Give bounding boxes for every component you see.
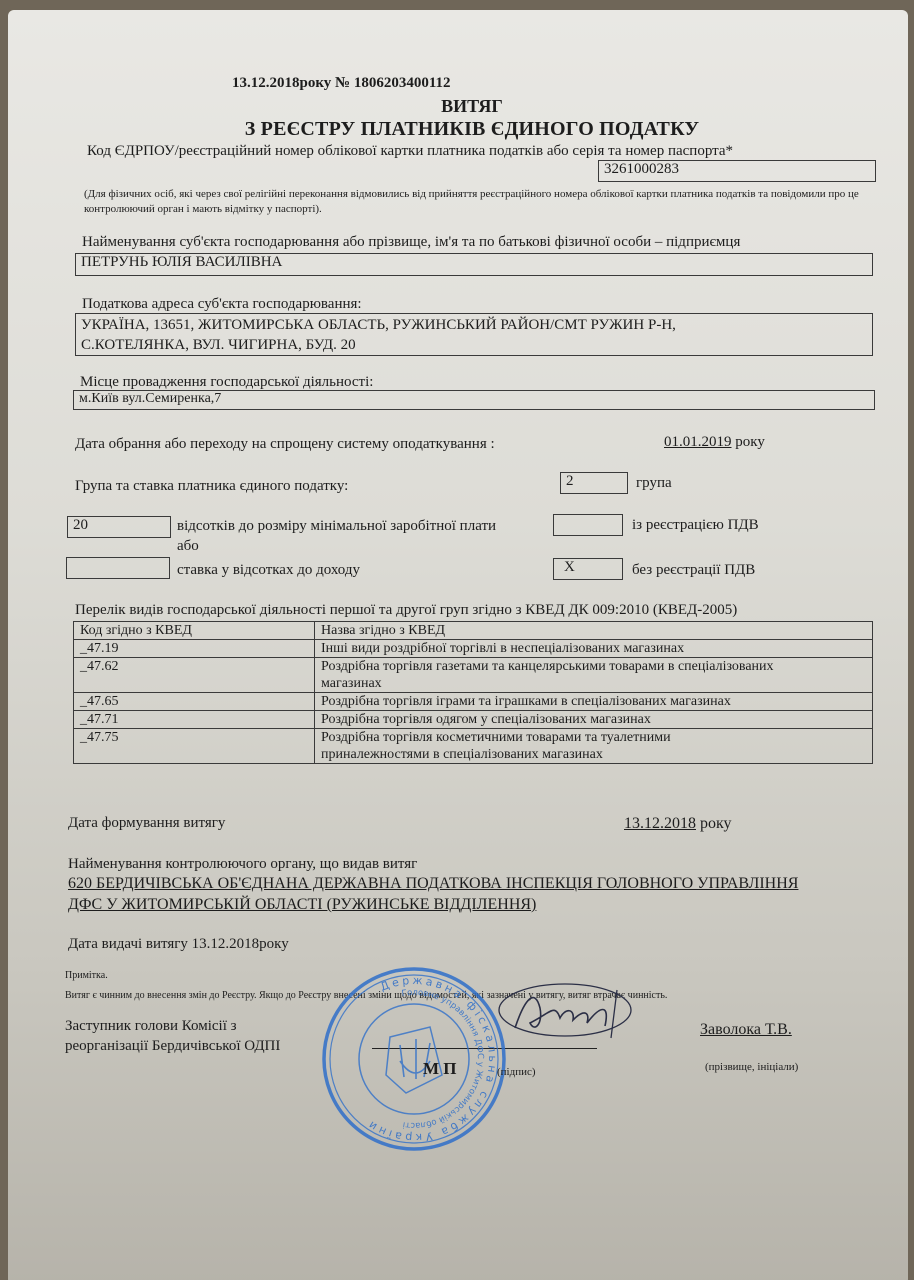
kved-row: _47.65 Роздрібна торгівля іграми та ігра…: [74, 693, 873, 711]
min-wage-rate-label: відсотків до розміру мінімальної заробіт…: [177, 518, 496, 535]
formation-date-label: Дата формування витягу: [68, 815, 225, 832]
tax-address-line2: С.КОТЕЛЯНКА, ВУЛ. ЧИГИРНА, БУД. 20: [81, 335, 872, 355]
kved-name: Роздрібна торгівля косметичними товарами…: [315, 729, 873, 764]
document-number: 13.12.2018року № 1806203400112: [232, 75, 451, 92]
note-title: Примітка.: [65, 970, 108, 981]
kved-header-name: Назва згідно з КВЕД: [315, 622, 873, 640]
signer-name-caption: (прізвище, ініціали): [705, 1061, 798, 1073]
kved-header-code: Код згідно з КВЕД: [74, 622, 315, 640]
kved-row: _47.62 Роздрібна торгівля газетами та ка…: [74, 658, 873, 693]
authority-line2: ДФС У ЖИТОМИРСЬКІЙ ОБЛАСТІ (РУЖИНСЬКЕ ВІ…: [68, 896, 536, 914]
kved-row: _47.19 Інші види роздрібної торгівлі в н…: [74, 640, 873, 658]
document-subtitle: З РЕЄСТРУ ПЛАТНИКІВ ЄДИНОГО ПОДАТКУ: [0, 118, 914, 141]
or-label: або: [177, 538, 199, 555]
signature-caption: (підпис): [497, 1066, 536, 1078]
group-field: 2: [560, 472, 628, 494]
vat-with-field: [553, 514, 623, 536]
kved-row: _47.71 Роздрібна торгівля одягом у спеці…: [74, 711, 873, 729]
min-wage-rate-field: 20: [67, 516, 171, 538]
income-rate-field: [66, 557, 170, 579]
signer-name: Заволока Т.В.: [700, 1021, 792, 1039]
entity-name-field: ПЕТРУНЬ ЮЛІЯ ВАСИЛІВНА: [75, 253, 873, 276]
kved-name: Роздрібна торгівля одягом у спеціалізова…: [315, 711, 873, 729]
kved-code: _47.75: [74, 729, 315, 764]
group-label: Група та ставка платника єдиного податку…: [75, 478, 348, 495]
tax-address-field: УКРАЇНА, 13651, ЖИТОМИРСЬКА ОБЛАСТЬ, РУЖ…: [75, 313, 873, 356]
simplified-date-suffix: року: [735, 434, 765, 450]
signer-position-line2: реорганізації Бердичівської ОДПІ: [65, 1038, 280, 1055]
simplified-date: 01.01.2019 року: [664, 434, 765, 451]
edrpou-field: 3261000283: [598, 160, 876, 182]
kved-row: _47.75 Роздрібна торгівля косметичними т…: [74, 729, 873, 764]
kved-header-row: Код згідно з КВЕД Назва згідно з КВЕД: [74, 622, 873, 640]
activity-place-field: м.Київ вул.Семиренка,7: [73, 390, 875, 410]
kved-name: Роздрібна торгівля газетами та канцелярс…: [315, 658, 873, 693]
kved-table: Код згідно з КВЕД Назва згідно з КВЕД _4…: [73, 621, 873, 764]
kved-name: Роздрібна торгівля іграми та іграшками в…: [315, 693, 873, 711]
signer-position-line1: Заступник голови Комісії з: [65, 1018, 237, 1035]
official-stamp-icon: Державна фіскальна служба України Головн…: [320, 965, 508, 1153]
tax-address-line1: УКРАЇНА, 13651, ЖИТОМИРСЬКА ОБЛАСТЬ, РУЖ…: [81, 315, 872, 335]
income-rate-label: ставка у відсотках до доходу: [177, 562, 360, 579]
simplified-date-label: Дата обрання або переходу на спрощену си…: [75, 436, 495, 453]
edrpou-label: Код ЄДРПОУ/реєстраційний номер облікової…: [87, 143, 733, 160]
simplified-date-value: 01.01.2019: [664, 434, 732, 450]
kved-code: _47.62: [74, 658, 315, 693]
entity-name-label: Найменування суб'єкта господарювання або…: [82, 234, 740, 251]
kved-code: _47.19: [74, 640, 315, 658]
edrpou-footnote: (Для фізичних осіб, які через свої реліг…: [84, 187, 874, 217]
kved-code: _47.71: [74, 711, 315, 729]
vat-with-label: із реєстрацією ПДВ: [632, 517, 759, 534]
vat-without-field: X: [553, 558, 623, 580]
document-title: ВИТЯГ: [0, 96, 914, 117]
handwritten-signature-icon: [495, 978, 635, 1048]
activity-place-label: Місце провадження господарської діяльнос…: [80, 374, 373, 391]
authority-label: Найменування контролюючого органу, що ви…: [68, 856, 417, 873]
group-suffix: група: [636, 475, 672, 492]
authority-line1: 620 БЕРДИЧІВСЬКА ОБ'ЄДНАНА ДЕРЖАВНА ПОДА…: [68, 875, 798, 893]
kved-name: Інші види роздрібної торгівлі в неспеціа…: [315, 640, 873, 658]
vat-without-label: без реєстрації ПДВ: [632, 562, 755, 579]
formation-date-value: 13.12.2018: [624, 815, 696, 832]
stamp-place-mark: М П: [423, 1059, 457, 1079]
formation-date-suffix: року: [700, 815, 732, 832]
kved-caption: Перелік видів господарської діяльності п…: [75, 602, 737, 619]
kved-code: _47.65: [74, 693, 315, 711]
issue-date: Дата видачі витягу 13.12.2018року: [68, 936, 289, 953]
formation-date: 13.12.2018 року: [624, 815, 732, 833]
tax-address-label: Податкова адреса суб'єкта господарювання…: [82, 296, 362, 313]
